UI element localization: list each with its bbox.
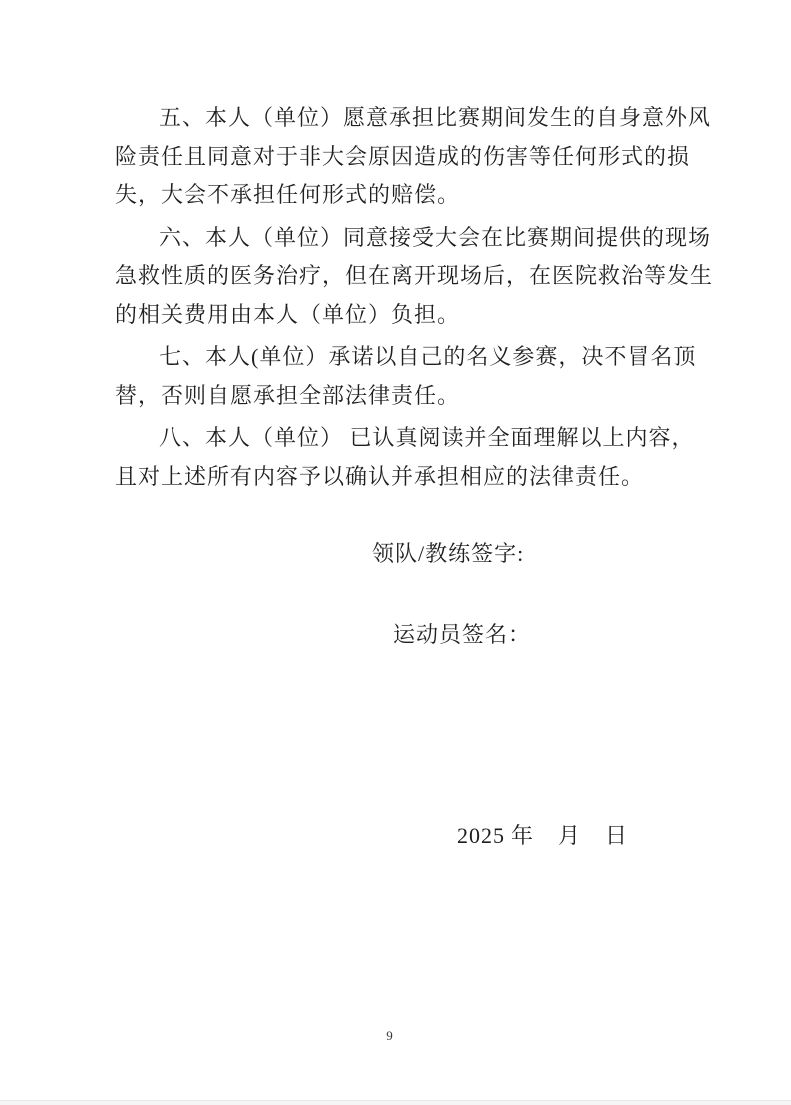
page-number: 9 bbox=[0, 1027, 779, 1044]
clause-7-paragraph: 七、本人(单位）承诺以自己的名义参赛，决不冒名顶替，否则自愿承担全部法律责任。 bbox=[115, 338, 715, 415]
clause-5-paragraph: 五、本人（单位）愿意承担比赛期间发生的自身意外风险责任且同意对于非大会原因造成的… bbox=[115, 99, 715, 215]
clause-6-paragraph: 六、本人（单位）同意接受大会在比赛期间提供的现场急救性质的医务治疗，但在离开现场… bbox=[115, 219, 715, 335]
leader-coach-signature-label: 领队/教练签字: bbox=[372, 535, 524, 574]
document-page: 五、本人（单位）愿意承担比赛期间发生的自身意外风险责任且同意对于非大会原因造成的… bbox=[0, 0, 791, 1105]
date-day-label: 日 bbox=[605, 823, 628, 848]
date-month-label: 月 bbox=[558, 823, 581, 848]
date-line: 2025年月日 bbox=[457, 817, 628, 856]
date-year-label: 年 bbox=[511, 823, 534, 848]
date-year: 2025 bbox=[457, 823, 505, 848]
page-bottom-divider bbox=[0, 1100, 791, 1105]
clauses-section: 五、本人（单位）愿意承担比赛期间发生的自身意外风险责任且同意对于非大会原因造成的… bbox=[115, 99, 715, 500]
athlete-signature-label: 运动员签名： bbox=[393, 616, 531, 655]
clause-8-paragraph: 八、本人（单位） 已认真阅读并全面理解以上内容，且对上述所有内容予以确认并承担相… bbox=[115, 419, 715, 496]
